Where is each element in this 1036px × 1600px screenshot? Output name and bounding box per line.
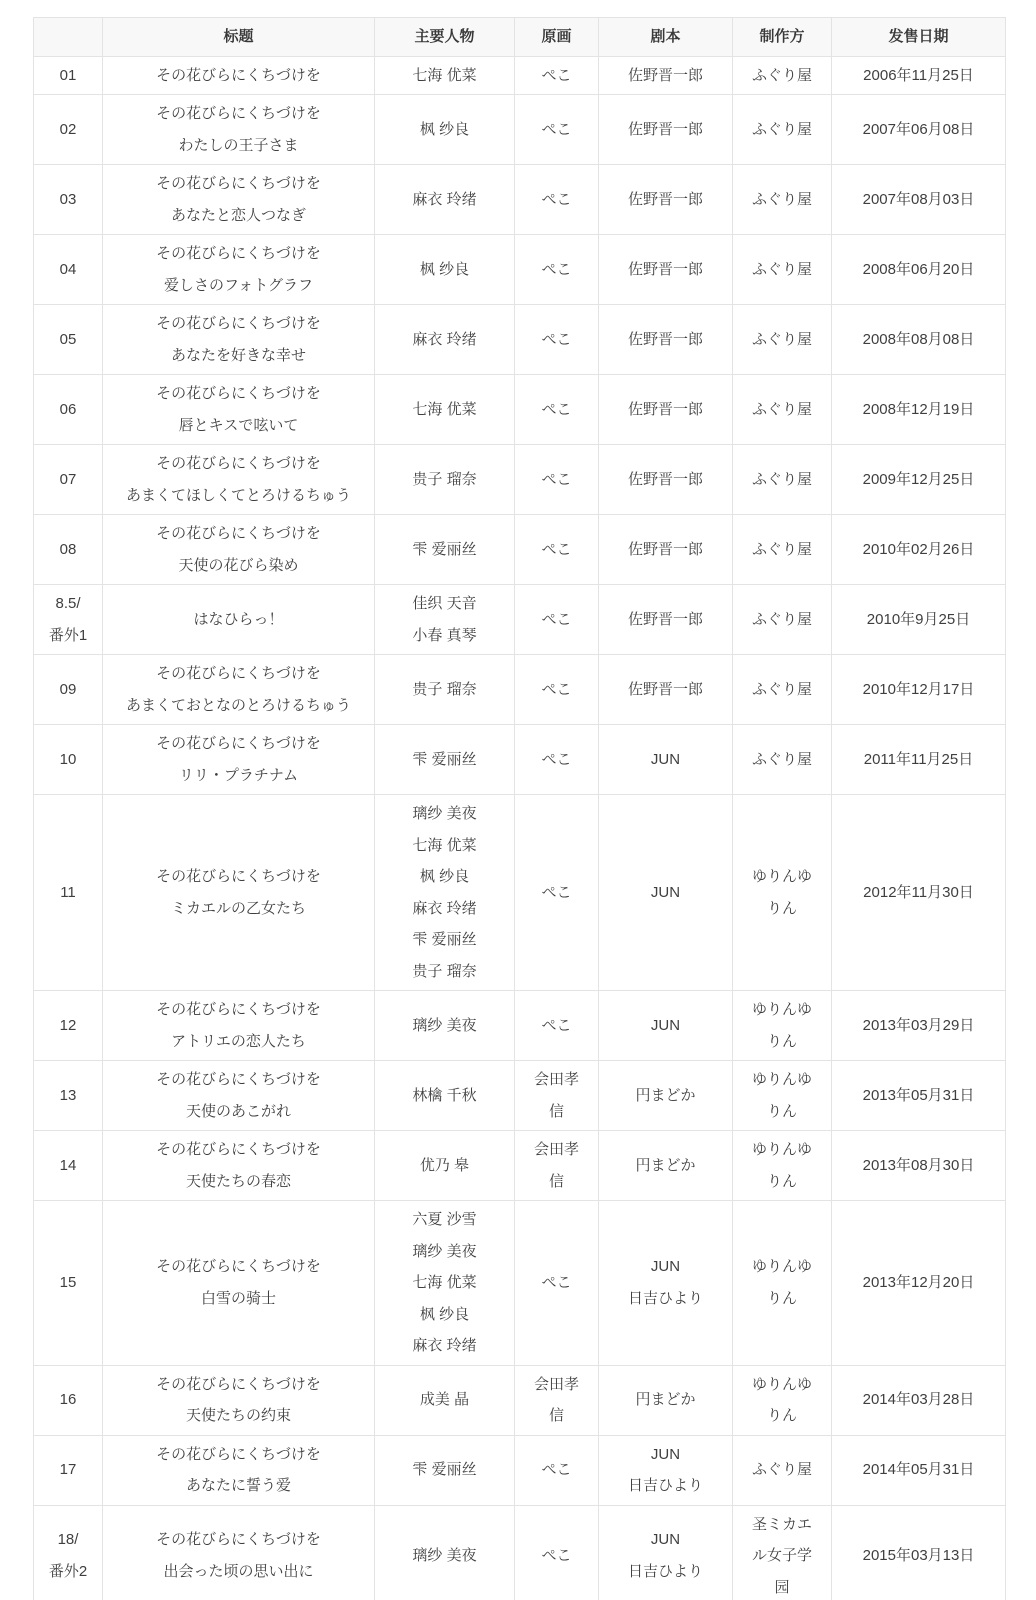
cell-number: 18/ 番外2 (34, 1505, 103, 1600)
cell-writer: 佐野晋一郎 (599, 95, 733, 165)
cell-artist: ぺこ (515, 991, 599, 1061)
cell-release-date: 2013年05月31日 (832, 1061, 1006, 1131)
cell-writer: 円まどか (599, 1365, 733, 1435)
table-row: 01 その花びらにくちづけを 七海 优菜 ぺこ 佐野晋一郎 ふぐり屋 2006年… (34, 56, 1006, 95)
cell-producer: 圣ミカエ ル女子学 园 (733, 1505, 832, 1600)
cell-release-date: 2013年03月29日 (832, 991, 1006, 1061)
cell-writer: 円まどか (599, 1061, 733, 1131)
cell-title: その花びらにくちづけを 出会った顷の思い出に (103, 1505, 375, 1600)
cell-writer: 佐野晋一郎 (599, 235, 733, 305)
table-row: 06 その花びらにくちづけを 唇とキスで呟いて 七海 优菜 ぺこ 佐野晋一郎 ふ… (34, 375, 1006, 445)
cell-title: その花びらにくちづけを (103, 56, 375, 95)
cell-writer: 佐野晋一郎 (599, 655, 733, 725)
cell-release-date: 2009年12月25日 (832, 445, 1006, 515)
header-writer: 剧本 (599, 18, 733, 57)
cell-artist: ぺこ (515, 1201, 599, 1366)
cell-number: 17 (34, 1435, 103, 1505)
cell-release-date: 2010年02月26日 (832, 515, 1006, 585)
cell-producer: ふぐり屋 (733, 725, 832, 795)
table-row: 12 その花びらにくちづけを アトリエの恋人たち 璃纱 美夜 ぺこ JUN ゆり… (34, 991, 1006, 1061)
cell-characters: 成美 晶 (375, 1365, 515, 1435)
cell-writer: 佐野晋一郎 (599, 445, 733, 515)
cell-characters: 雫 爱丽丝 (375, 725, 515, 795)
cell-characters: 璃纱 美夜 (375, 991, 515, 1061)
cell-characters: 雫 爱丽丝 (375, 515, 515, 585)
cell-release-date: 2015年03月13日 (832, 1505, 1006, 1600)
cell-characters: 佳织 天音 小春 真琴 (375, 585, 515, 655)
cell-producer: ふぐり屋 (733, 305, 832, 375)
cell-writer: 佐野晋一郎 (599, 585, 733, 655)
cell-artist: ぺこ (515, 375, 599, 445)
cell-characters: 雫 爱丽丝 (375, 1435, 515, 1505)
cell-title: その花びらにくちづけを 白雪の骑士 (103, 1201, 375, 1366)
cell-title: その花びらにくちづけを あまくておとなのとろけるちゅう (103, 655, 375, 725)
cell-release-date: 2008年12月19日 (832, 375, 1006, 445)
cell-writer: 佐野晋一郎 (599, 375, 733, 445)
cell-producer: ふぐり屋 (733, 95, 832, 165)
cell-producer: ふぐり屋 (733, 585, 832, 655)
cell-release-date: 2013年08月30日 (832, 1131, 1006, 1201)
cell-title: その花びらにくちづけを 天使たちの约束 (103, 1365, 375, 1435)
cell-writer: JUN 日吉ひより (599, 1201, 733, 1366)
cell-artist: 会田孝 信 (515, 1131, 599, 1201)
cell-title: その花びらにくちづけを 唇とキスで呟いて (103, 375, 375, 445)
cell-release-date: 2013年12月20日 (832, 1201, 1006, 1366)
cell-characters: 林檎 千秋 (375, 1061, 515, 1131)
cell-artist: ぺこ (515, 1435, 599, 1505)
table-row: 04 その花びらにくちづけを 爱しさのフォトグラフ 枫 纱良 ぺこ 佐野晋一郎 … (34, 235, 1006, 305)
table-row: 03 その花びらにくちづけを あなたと恋人つなぎ 麻衣 玲绪 ぺこ 佐野晋一郎 … (34, 165, 1006, 235)
cell-number: 15 (34, 1201, 103, 1366)
cell-title: はなひらっ！ (103, 585, 375, 655)
cell-number: 09 (34, 655, 103, 725)
cell-number: 14 (34, 1131, 103, 1201)
header-artist: 原画 (515, 18, 599, 57)
cell-writer: 佐野晋一郎 (599, 305, 733, 375)
cell-writer: 佐野晋一郎 (599, 165, 733, 235)
cell-characters: 贵子 瑠奈 (375, 655, 515, 725)
cell-artist: ぺこ (515, 585, 599, 655)
table-row: 09 その花びらにくちづけを あまくておとなのとろけるちゅう 贵子 瑠奈 ぺこ … (34, 655, 1006, 725)
cell-producer: ふぐり屋 (733, 375, 832, 445)
cell-producer: ゆりんゆ りん (733, 1061, 832, 1131)
cell-title: その花びらにくちづけを 天使たちの春恋 (103, 1131, 375, 1201)
cell-release-date: 2014年05月31日 (832, 1435, 1006, 1505)
cell-characters: 优乃 皋 (375, 1131, 515, 1201)
cell-producer: ふぐり屋 (733, 515, 832, 585)
cell-writer: JUN 日吉ひより (599, 1505, 733, 1600)
header-producer: 制作方 (733, 18, 832, 57)
cell-release-date: 2014年03月28日 (832, 1365, 1006, 1435)
cell-release-date: 2007年08月03日 (832, 165, 1006, 235)
cell-number: 11 (34, 795, 103, 991)
cell-writer: JUN (599, 991, 733, 1061)
header-number (34, 18, 103, 57)
cell-characters: 七海 优菜 (375, 375, 515, 445)
cell-characters: 璃纱 美夜 (375, 1505, 515, 1600)
header-title: 标题 (103, 18, 375, 57)
table-row: 05 その花びらにくちづけを あなたを好きな幸せ 麻衣 玲绪 ぺこ 佐野晋一郎 … (34, 305, 1006, 375)
table-row: 17 その花びらにくちづけを あなたに誓う爱 雫 爱丽丝 ぺこ JUN 日吉ひよ… (34, 1435, 1006, 1505)
cell-number: 05 (34, 305, 103, 375)
cell-producer: ゆりんゆ りん (733, 1131, 832, 1201)
header-release-date: 发售日期 (832, 18, 1006, 57)
cell-title: その花びらにくちづけを あなたに誓う爱 (103, 1435, 375, 1505)
cell-number: 03 (34, 165, 103, 235)
cell-writer: 円まどか (599, 1131, 733, 1201)
cell-producer: ゆりんゆ りん (733, 1365, 832, 1435)
cell-producer: ふぐり屋 (733, 445, 832, 515)
cell-title: その花びらにくちづけを あまくてほしくてとろけるちゅう (103, 445, 375, 515)
cell-characters: 六夏 沙雪 璃纱 美夜 七海 优菜 枫 纱良 麻衣 玲绪 (375, 1201, 515, 1366)
cell-title: その花びらにくちづけを 天使の花びら染め (103, 515, 375, 585)
cell-title: その花びらにくちづけを アトリエの恋人たち (103, 991, 375, 1061)
table-row: 08 その花びらにくちづけを 天使の花びら染め 雫 爱丽丝 ぺこ 佐野晋一郎 ふ… (34, 515, 1006, 585)
cell-artist: ぺこ (515, 1505, 599, 1600)
cell-artist: 会田孝 信 (515, 1365, 599, 1435)
cell-release-date: 2007年06月08日 (832, 95, 1006, 165)
cell-producer: ふぐり屋 (733, 1435, 832, 1505)
cell-characters: 枫 纱良 (375, 235, 515, 305)
cell-producer: ゆりんゆ りん (733, 795, 832, 991)
cell-writer: JUN (599, 725, 733, 795)
cell-number: 01 (34, 56, 103, 95)
cell-characters: 麻衣 玲绪 (375, 305, 515, 375)
cell-producer: ゆりんゆ りん (733, 991, 832, 1061)
cell-artist: ぺこ (515, 235, 599, 305)
cell-producer: ゆりんゆ りん (733, 1201, 832, 1366)
table-row: 10 その花びらにくちづけを リリ・プラチナム 雫 爱丽丝 ぺこ JUN ふぐり… (34, 725, 1006, 795)
cell-title: その花びらにくちづけを あなたと恋人つなぎ (103, 165, 375, 235)
cell-release-date: 2011年11月25日 (832, 725, 1006, 795)
cell-release-date: 2008年06月20日 (832, 235, 1006, 305)
cell-writer: 佐野晋一郎 (599, 515, 733, 585)
cell-artist: ぺこ (515, 56, 599, 95)
cell-title: その花びらにくちづけを 爱しさのフォトグラフ (103, 235, 375, 305)
cell-release-date: 2012年11月30日 (832, 795, 1006, 991)
cell-characters: 贵子 瑠奈 (375, 445, 515, 515)
cell-characters: 七海 优菜 (375, 56, 515, 95)
cell-artist: ぺこ (515, 655, 599, 725)
cell-writer: JUN (599, 795, 733, 991)
cell-characters: 麻衣 玲绪 (375, 165, 515, 235)
cell-release-date: 2008年08月08日 (832, 305, 1006, 375)
table-row: 15 その花びらにくちづけを 白雪の骑士 六夏 沙雪 璃纱 美夜 七海 优菜 枫… (34, 1201, 1006, 1366)
cell-number: 13 (34, 1061, 103, 1131)
table-row: 11 その花びらにくちづけを ミカエルの乙女たち 璃纱 美夜 七海 优菜 枫 纱… (34, 795, 1006, 991)
cell-producer: ふぐり屋 (733, 165, 832, 235)
cell-number: 12 (34, 991, 103, 1061)
cell-number: 04 (34, 235, 103, 305)
cell-producer: ふぐり屋 (733, 655, 832, 725)
table-row: 8.5/ 番外1 はなひらっ！ 佳织 天音 小春 真琴 ぺこ 佐野晋一郎 ふぐり… (34, 585, 1006, 655)
table-row: 14 その花びらにくちづけを 天使たちの春恋 优乃 皋 会田孝 信 円まどか ゆ… (34, 1131, 1006, 1201)
cell-producer: ふぐり屋 (733, 56, 832, 95)
cell-number: 8.5/ 番外1 (34, 585, 103, 655)
cell-number: 10 (34, 725, 103, 795)
cell-number: 08 (34, 515, 103, 585)
table-row: 02 その花びらにくちづけを わたしの王子さま 枫 纱良 ぺこ 佐野晋一郎 ふぐ… (34, 95, 1006, 165)
cell-title: その花びらにくちづけを リリ・プラチナム (103, 725, 375, 795)
cell-characters: 枫 纱良 (375, 95, 515, 165)
table-row: 07 その花びらにくちづけを あまくてほしくてとろけるちゅう 贵子 瑠奈 ぺこ … (34, 445, 1006, 515)
cell-artist: ぺこ (515, 305, 599, 375)
cell-producer: ふぐり屋 (733, 235, 832, 305)
cell-characters: 璃纱 美夜 七海 优菜 枫 纱良 麻衣 玲绪 雫 爱丽丝 贵子 瑠奈 (375, 795, 515, 991)
cell-artist: ぺこ (515, 165, 599, 235)
table-body: 01 その花びらにくちづけを 七海 优菜 ぺこ 佐野晋一郎 ふぐり屋 2006年… (34, 56, 1006, 1600)
cell-number: 07 (34, 445, 103, 515)
cell-artist: 会田孝 信 (515, 1061, 599, 1131)
cell-release-date: 2010年12月17日 (832, 655, 1006, 725)
page: 标题 主要人物 原画 剧本 制作方 发售日期 01 その花びらにくちづけを 七海… (0, 0, 1036, 1600)
cell-release-date: 2006年11月25日 (832, 56, 1006, 95)
cell-artist: ぺこ (515, 725, 599, 795)
table-row: 13 その花びらにくちづけを 天使のあこがれ 林檎 千秋 会田孝 信 円まどか … (34, 1061, 1006, 1131)
cell-artist: ぺこ (515, 515, 599, 585)
header-characters: 主要人物 (375, 18, 515, 57)
cell-writer: JUN 日吉ひより (599, 1435, 733, 1505)
cell-number: 02 (34, 95, 103, 165)
table-row: 18/ 番外2 その花びらにくちづけを 出会った顷の思い出に 璃纱 美夜 ぺこ … (34, 1505, 1006, 1600)
cell-artist: ぺこ (515, 445, 599, 515)
table-row: 16 その花びらにくちづけを 天使たちの约束 成美 晶 会田孝 信 円まどか ゆ… (34, 1365, 1006, 1435)
cell-release-date: 2010年9月25日 (832, 585, 1006, 655)
cell-number: 06 (34, 375, 103, 445)
cell-title: その花びらにくちづけを 天使のあこがれ (103, 1061, 375, 1131)
cell-number: 16 (34, 1365, 103, 1435)
header-row: 标题 主要人物 原画 剧本 制作方 发售日期 (34, 18, 1006, 57)
vn-release-table: 标题 主要人物 原画 剧本 制作方 发售日期 01 その花びらにくちづけを 七海… (33, 17, 1006, 1600)
cell-title: その花びらにくちづけを ミカエルの乙女たち (103, 795, 375, 991)
cell-artist: ぺこ (515, 795, 599, 991)
cell-title: その花びらにくちづけを あなたを好きな幸せ (103, 305, 375, 375)
cell-artist: ぺこ (515, 95, 599, 165)
cell-writer: 佐野晋一郎 (599, 56, 733, 95)
cell-title: その花びらにくちづけを わたしの王子さま (103, 95, 375, 165)
